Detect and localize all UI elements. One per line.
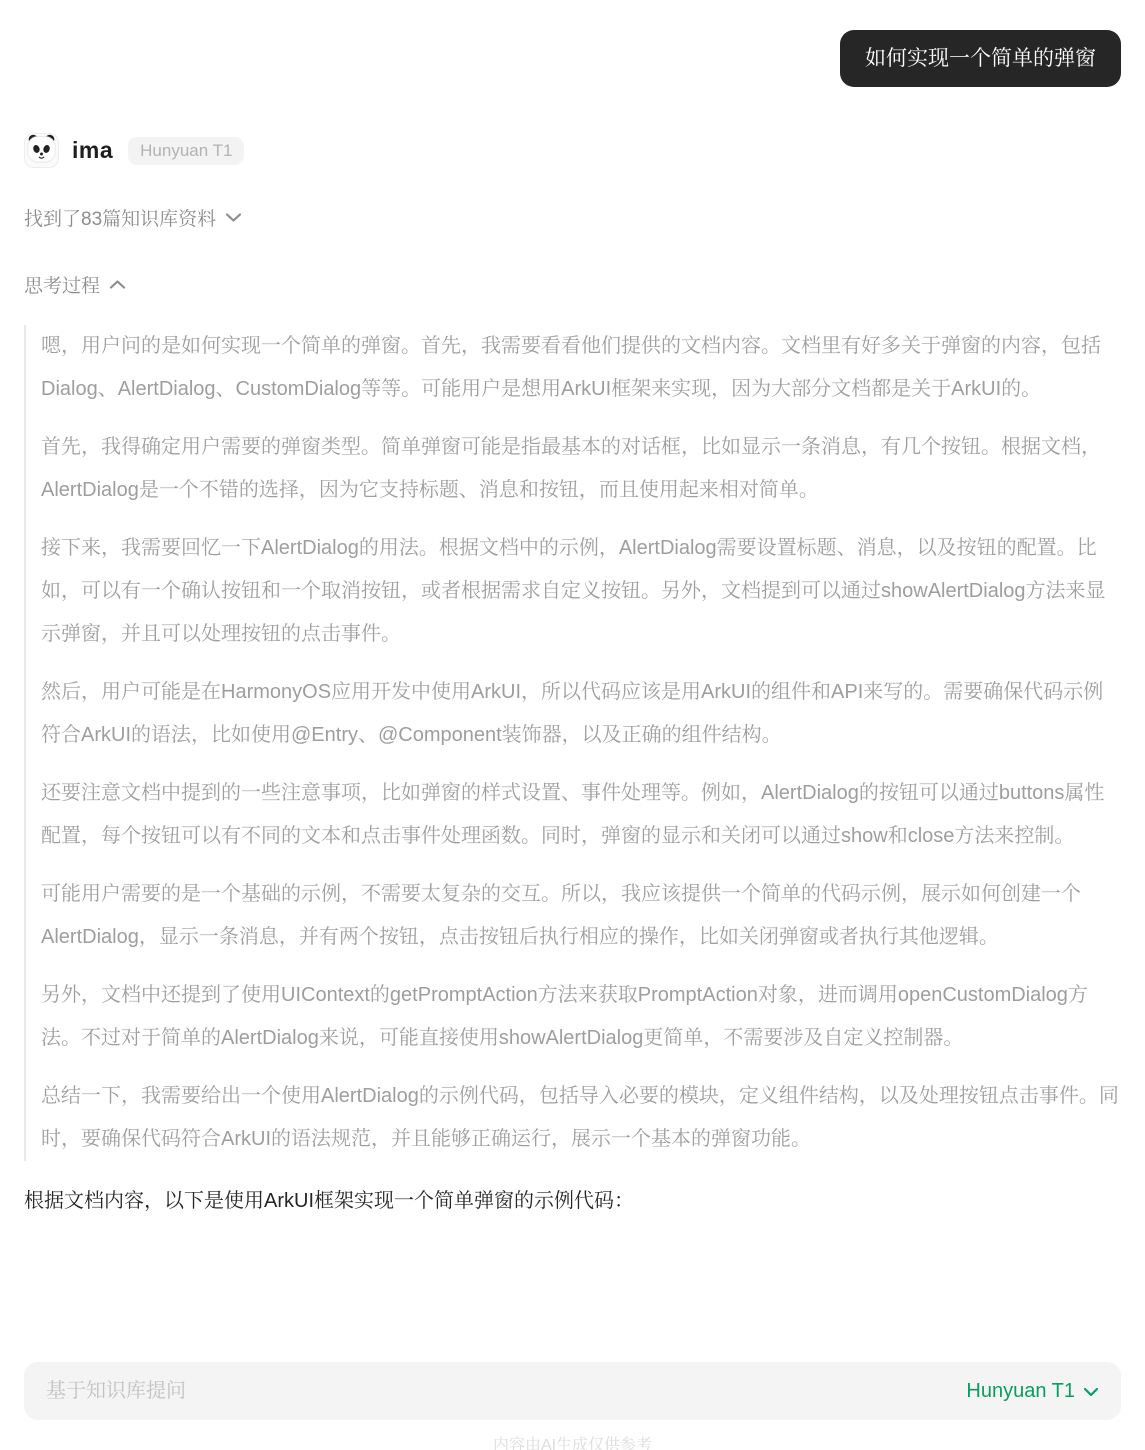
thinking-paragraph: 总结一下，我需要给出一个使用AlertDialog的示例代码，包括导入必要的模块… [41,1075,1121,1161]
thinking-paragraph: 可能用户需要的是一个基础的示例，不需要太复杂的交互。所以，我应该提供一个简单的代… [41,873,1121,959]
model-selector[interactable]: Hunyuan T1 [966,1380,1099,1403]
thinking-paragraph: 嗯，用户问的是如何实现一个简单的弹窗。首先，我需要看看他们提供的文档内容。文档里… [41,325,1121,411]
thinking-toggle[interactable]: 思考过程 [24,271,126,298]
sources-toggle-label: 找到了83篇知识库资料 [24,204,216,231]
model-selector-label: Hunyuan T1 [966,1380,1075,1403]
thinking-paragraph: 首先，我得确定用户需要的弹窗类型。简单弹窗可能是指最基本的对话框，比如显示一条消… [41,426,1121,512]
user-message-bubble: 如何实现一个简单的弹窗 [840,30,1121,87]
user-message-row: 如何实现一个简单的弹窗 [24,0,1121,87]
question-input[interactable] [46,1380,966,1403]
assistant-name: ima [72,137,113,164]
thinking-paragraph: 接下来，我需要回忆一下AlertDialog的用法。根据文档中的示例，Alert… [41,527,1121,656]
chevron-down-icon [225,207,242,229]
model-badge: Hunyuan T1 [128,137,244,165]
thinking-toggle-label: 思考过程 [24,271,100,298]
chevron-down-icon [1083,1380,1099,1403]
thinking-content: 嗯，用户问的是如何实现一个简单的弹窗。首先，我需要看看他们提供的文档内容。文档里… [24,325,1121,1161]
panda-icon [25,133,58,168]
assistant-header: ima Hunyuan T1 [24,133,1121,168]
thinking-paragraph: 还要注意文档中提到的一些注意事项，比如弹窗的样式设置、事件处理等。例如，Aler… [41,772,1121,858]
chat-page: 如何实现一个简单的弹窗 ima Hunyuan T1 找到了83篇知识库资料 [0,0,1145,1217]
thinking-paragraph: 然后，用户可能是在HarmonyOS应用开发中使用ArkUI，所以代码应该是用A… [41,671,1121,757]
chevron-up-icon [109,274,126,296]
ai-disclaimer: 内容由AI生成仅供参考 [0,1432,1145,1450]
sources-toggle[interactable]: 找到了83篇知识库资料 [24,204,242,231]
answer-intro: 根据文档内容，以下是使用ArkUI框架实现一个简单弹窗的示例代码： [24,1185,1121,1217]
thinking-paragraph: 另外，文档中还提到了使用UIContext的getPromptAction方法来… [41,974,1121,1060]
composer: Hunyuan T1 [24,1362,1121,1420]
assistant-avatar [24,133,59,168]
